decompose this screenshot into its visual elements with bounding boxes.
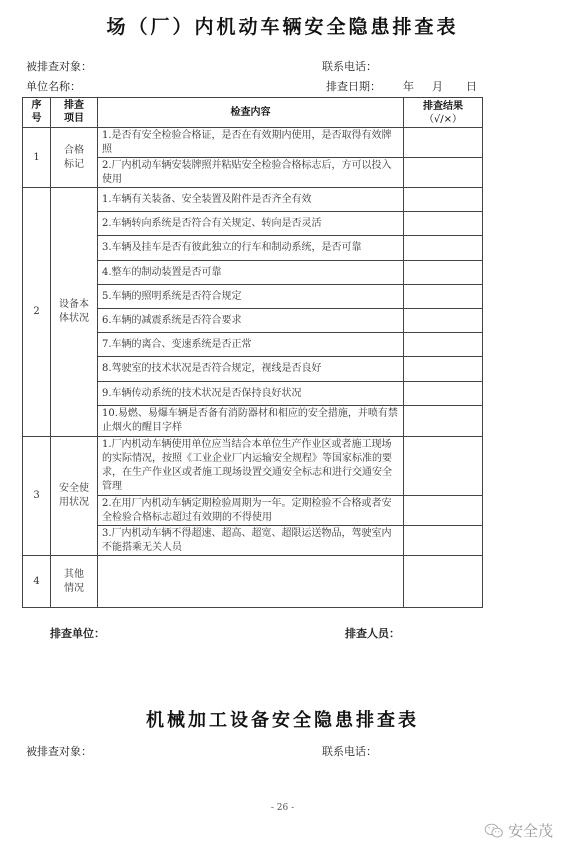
check-content: 1.车辆有关装备、安全装置及附件是否齐全有效 bbox=[98, 188, 404, 212]
group-item: 其他情况 bbox=[51, 556, 98, 608]
phone-label: 联系电话： bbox=[322, 58, 377, 74]
check-content: 6.车辆的减震系统是否符合要求 bbox=[98, 309, 404, 333]
page-title: 场（厂）内机动车辆安全隐患排查表 bbox=[0, 12, 565, 39]
group-no: 2 bbox=[23, 188, 51, 437]
check-content: 9.车辆传动系统的技术状况是否保持良好状况 bbox=[98, 382, 404, 406]
date-label: 排查日期： bbox=[326, 78, 381, 94]
result-cell[interactable] bbox=[404, 128, 483, 158]
second-phone-label: 联系电话： bbox=[322, 743, 377, 759]
table-row: 2 设备本体状况 1.车辆有关装备、安全装置及附件是否齐全有效 bbox=[23, 188, 483, 212]
group-no: 4 bbox=[23, 556, 51, 608]
watermark: 安全茂 bbox=[484, 820, 553, 841]
group-no: 3 bbox=[23, 437, 51, 556]
group-no: 1 bbox=[23, 128, 51, 188]
result-cell[interactable] bbox=[404, 158, 483, 188]
header-item: 排查项目 bbox=[51, 98, 98, 128]
result-cell[interactable] bbox=[404, 382, 483, 406]
group-item: 安全使用状况 bbox=[51, 437, 98, 556]
day-label: 日 bbox=[466, 78, 477, 94]
result-cell[interactable] bbox=[404, 261, 483, 285]
group-item: 合格标记 bbox=[51, 128, 98, 188]
month-label: 月 bbox=[432, 78, 443, 94]
inspected-object-label: 被排查对象： bbox=[26, 58, 92, 74]
second-inspected-object-label: 被排查对象： bbox=[26, 743, 92, 759]
check-content: 2.厂内机动车辆安装牌照并粘贴安全检验合格标志后，方可以投入使用 bbox=[98, 158, 404, 188]
table-header-row: 序号 排查项目 检查内容 排查结果 （√/×） bbox=[23, 98, 483, 128]
table-row: 1 合格标记 1.是否有安全检验合格证，是否在有效期内使用，是否取得有效牌照 bbox=[23, 128, 483, 158]
check-content: 1.是否有安全检验合格证，是否在有效期内使用，是否取得有效牌照 bbox=[98, 128, 404, 158]
table-row: 3 安全使用状况 1.厂内机动车辆使用单位应当结合本单位生产作业区或者施工现场的… bbox=[23, 437, 483, 496]
header-result: 排查结果 （√/×） bbox=[404, 98, 483, 128]
result-cell[interactable] bbox=[404, 496, 483, 526]
result-cell[interactable] bbox=[404, 406, 483, 437]
result-cell[interactable] bbox=[404, 357, 483, 382]
second-table-title: 机械加工设备安全隐患排查表 bbox=[0, 706, 565, 732]
check-content: 2.在用厂内机动车辆定期检验周期为一年。定期检验不合格或者安全检验合格标志超过有… bbox=[98, 496, 404, 526]
check-content: 1.厂内机动车辆使用单位应当结合本单位生产作业区或者施工现场的实际情况，按照《工… bbox=[98, 437, 404, 496]
inspector-label: 排查人员： bbox=[345, 625, 400, 641]
group-item: 设备本体状况 bbox=[51, 188, 98, 437]
header-content: 检查内容 bbox=[98, 98, 404, 128]
check-content: 5.车辆的照明系统是否符合规定 bbox=[98, 285, 404, 309]
watermark-text: 安全茂 bbox=[508, 820, 553, 841]
page-number: - 26 - bbox=[0, 803, 565, 813]
check-content: 10.易燃、易爆车辆是否备有消防器材和相应的安全措施，并喷有禁止烟火的醒目字样 bbox=[98, 406, 404, 437]
header-no: 序号 bbox=[23, 98, 51, 128]
result-cell[interactable] bbox=[404, 236, 483, 261]
inspection-table: 序号 排查项目 检查内容 排查结果 （√/×） 1 合格标记 1.是否有安全检验… bbox=[22, 97, 483, 608]
unit-name-label: 单位名称： bbox=[26, 78, 81, 94]
check-content: 4.整车的制动装置是否可靠 bbox=[98, 261, 404, 285]
result-cell[interactable] bbox=[404, 556, 483, 608]
check-content: 2.车辆转向系统是否符合有关规定、转向是否灵活 bbox=[98, 212, 404, 236]
result-cell[interactable] bbox=[404, 333, 483, 357]
wechat-icon bbox=[484, 823, 504, 839]
check-content: 3.厂内机动车辆不得超速、超高、超宽、超限运送物品，驾驶室内不能搭乘无关人员 bbox=[98, 526, 404, 556]
table-row: 4 其他情况 bbox=[23, 556, 483, 608]
result-cell[interactable] bbox=[404, 309, 483, 333]
result-cell[interactable] bbox=[404, 437, 483, 496]
check-content: 3.车辆及挂车是否有彼此独立的行车和制动系统，是否可靠 bbox=[98, 236, 404, 261]
result-cell[interactable] bbox=[404, 526, 483, 556]
check-content: 8.驾驶室的技术状况是否符合规定，视线是否良好 bbox=[98, 357, 404, 382]
inspecting-unit-label: 排查单位： bbox=[50, 625, 105, 641]
check-content[interactable] bbox=[98, 556, 404, 608]
check-content: 7.车辆的离合、变速系统是否正常 bbox=[98, 333, 404, 357]
result-cell[interactable] bbox=[404, 212, 483, 236]
result-cell[interactable] bbox=[404, 285, 483, 309]
year-label: 年 bbox=[403, 78, 414, 94]
result-cell[interactable] bbox=[404, 188, 483, 212]
